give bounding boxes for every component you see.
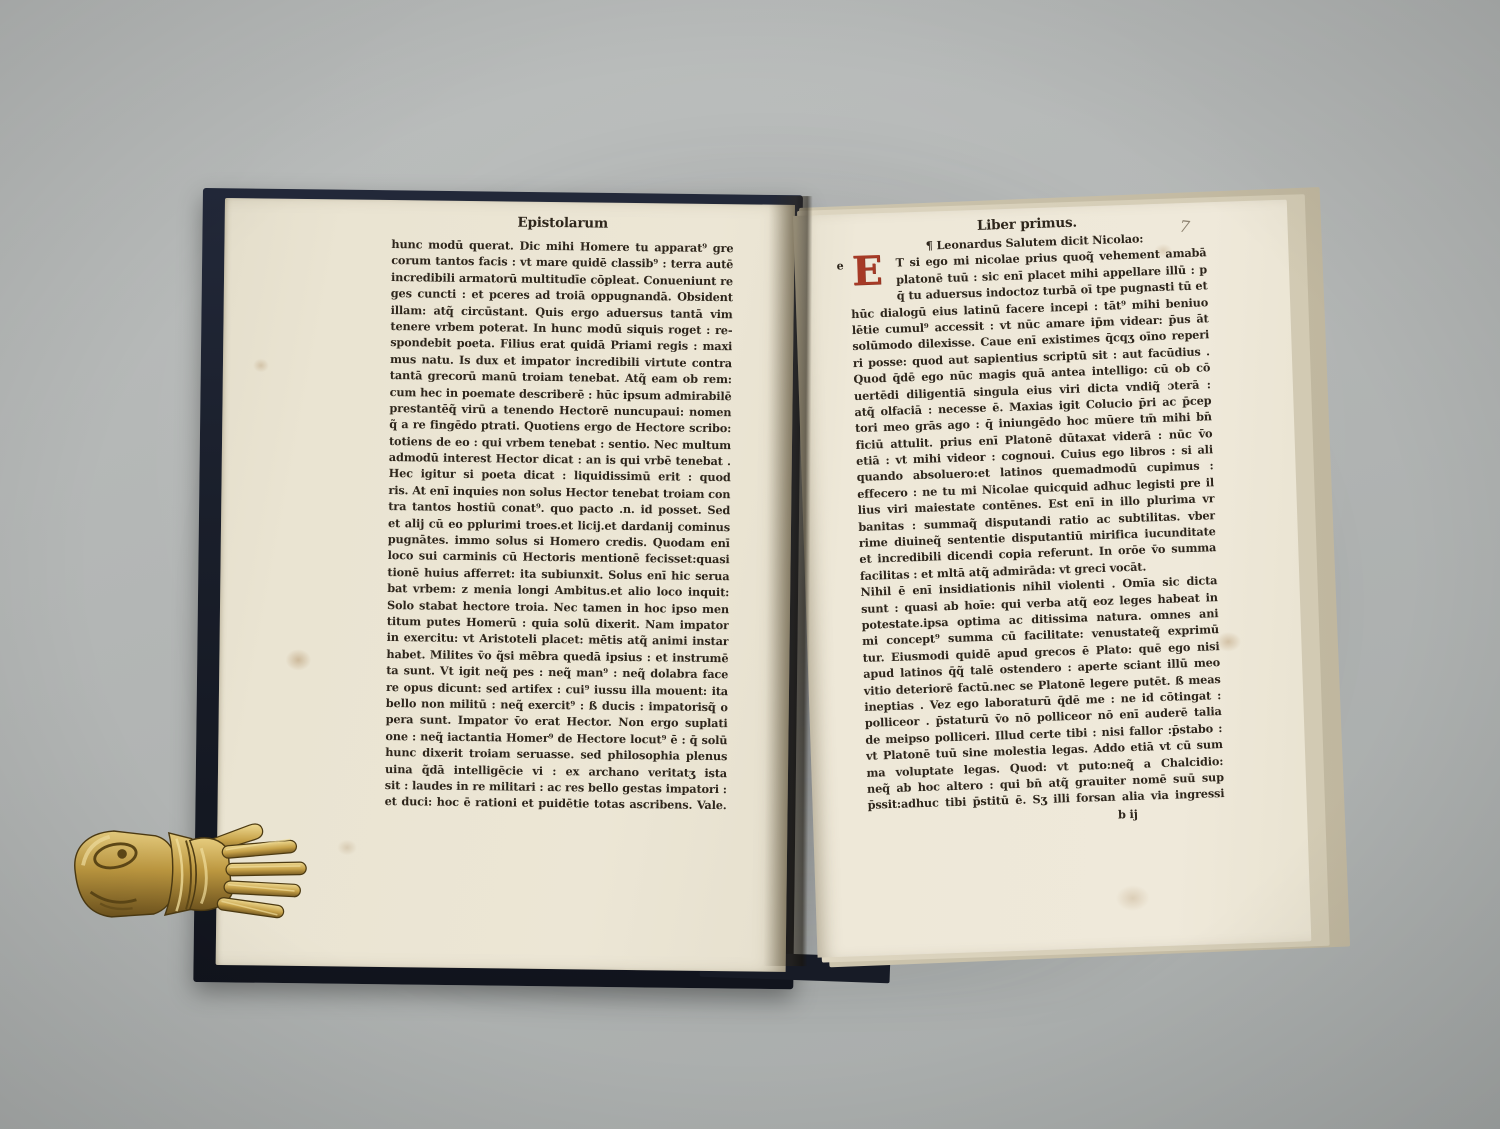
photograph-background: Epistolarum hunc modū querat. Dic mihi H… [0, 0, 1500, 1129]
guide-letter: e [836, 259, 843, 276]
left-text-block: hunc modū querat. Dic mihi Homere tu app… [385, 236, 734, 814]
text-line: et duci: hoc ē rationi et puidētie totas… [385, 793, 727, 814]
lombard-initial-letter: E [851, 252, 883, 291]
brass-hand-clip [62, 806, 310, 940]
foxing-spot [253, 358, 269, 372]
right-line-list: T si ego mi nicolae prius quoq̃ vehement… [849, 245, 1224, 814]
foxing-spot [1115, 885, 1150, 912]
foxing-spot [337, 839, 357, 855]
running-header-left: Epistolarum [392, 213, 734, 233]
foxing-spot [285, 649, 311, 671]
right-page: Liber primus. 7 ¶ Leonardus Salutem dici… [793, 200, 1311, 958]
rubricated-initial: e E [849, 256, 890, 289]
right-text-block: ¶ Leonardus Salutem dicit Nicolao: e E T… [849, 228, 1225, 831]
